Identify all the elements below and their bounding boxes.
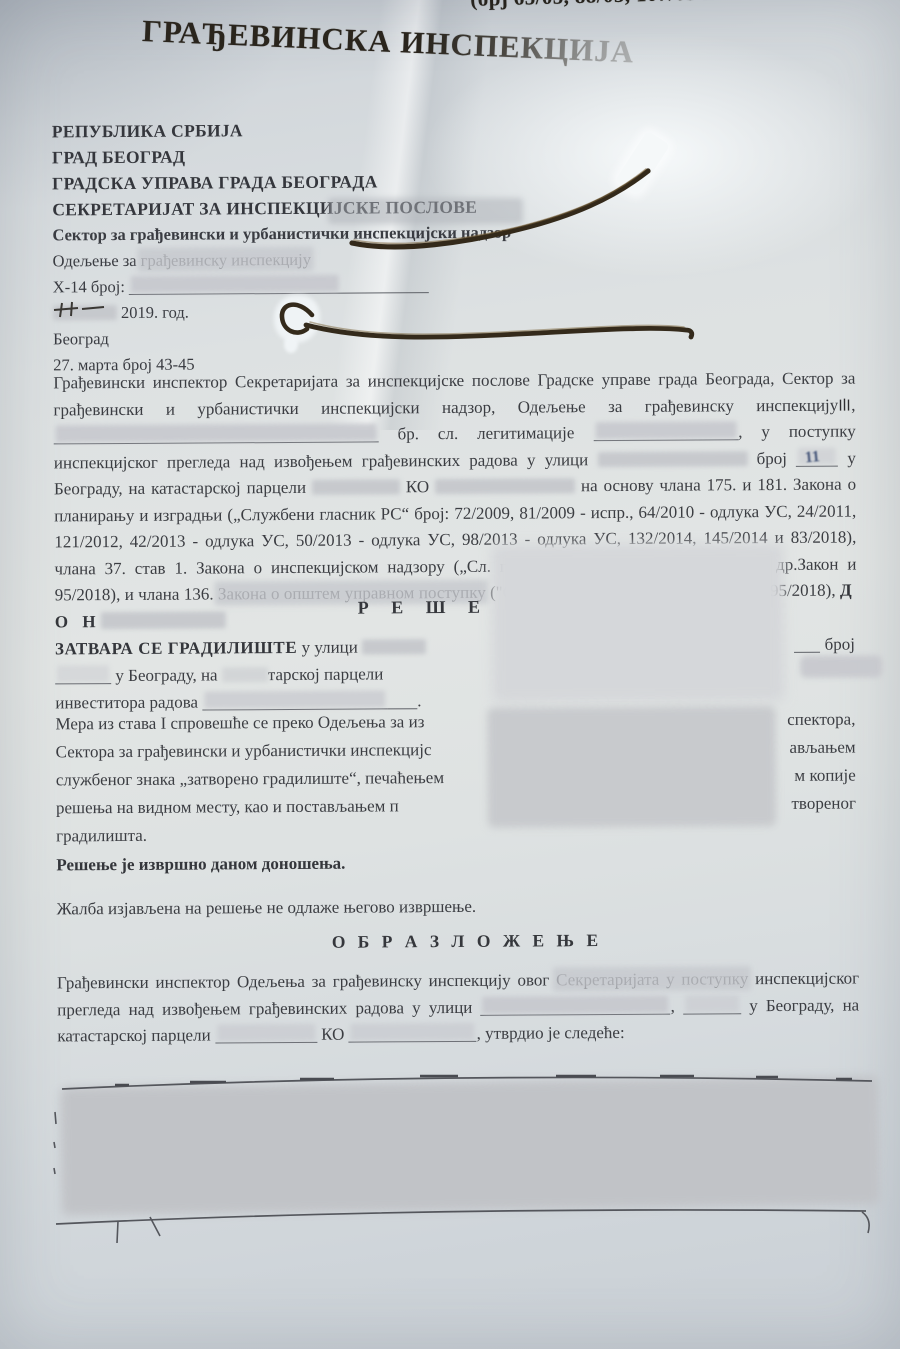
case-number-label: Х-14 број: [53, 277, 125, 296]
closure-order-right: број [794, 635, 855, 655]
mera-left: Сектора за грађевински и урбанистички ин… [56, 740, 432, 762]
scanned-document-page: (брј 65/05, 88/05, 107/05 и 72/09 ГРАЂЕВ… [0, 0, 900, 1349]
department-redacted: грађевинску инспекцију [141, 250, 311, 270]
closure-text: у улици [301, 638, 357, 657]
redaction-blur [480, 997, 670, 1015]
redaction-blur [55, 667, 111, 684]
redaction-blur [215, 1026, 317, 1044]
date-suffix: 2019. год. [121, 303, 189, 322]
letterhead-line-department: Одељење за грађевинску инспекцију [53, 246, 512, 275]
closure-order-left: ЗАТВАРА СЕ ГРАДИЛИШТЕ у улици [55, 637, 426, 659]
department-prefix: Одељење за [53, 251, 141, 271]
redaction-blur [202, 692, 387, 710]
findings-text: , утврдио је следеће: [477, 1023, 625, 1043]
mera-left: градилишта. [56, 826, 147, 847]
mera-right: твореног [791, 794, 856, 814]
closure-order-left: инвеститора радова . [55, 691, 421, 713]
bottom-redaction-block [60, 1076, 880, 1215]
intro-text: , [851, 395, 855, 414]
redaction-blur [435, 478, 575, 494]
handwritten-number: 11 [804, 444, 822, 472]
closure-order-bold: ЗАТВАРА СЕ ГРАДИЛИШТЕ [55, 638, 297, 658]
intro-text: број [757, 448, 787, 467]
redaction-blur [100, 611, 225, 629]
redaction-blur [222, 667, 268, 682]
closure-text: тарској парцели [268, 664, 384, 684]
redaction-line [387, 692, 417, 709]
mera-right: спектора, [787, 710, 855, 730]
redaction-blur [54, 425, 379, 444]
date-redaction [53, 305, 117, 320]
redaction-blur [349, 1025, 477, 1043]
mera-right: м копије [794, 766, 855, 786]
closure-order-left: у Београду, на тарској парцели [55, 664, 383, 686]
mera-left: службеног знака „затворено градилиште“, … [56, 768, 444, 790]
redaction-blur [683, 997, 741, 1014]
resenje-heading: Р Е Ш Е [358, 597, 489, 619]
findings-text-halfblurred: Секретаријата у поступку [556, 969, 748, 989]
handwritten-mark [838, 397, 851, 412]
case-number-redaction [129, 276, 429, 295]
redaction-blur [593, 423, 738, 441]
redaction-line [794, 636, 820, 653]
letterhead-line: ГРАДСКА УПРАВА ГРАДА БЕОГРАДА [52, 168, 511, 197]
closure-text: инвеститора радова [55, 693, 198, 713]
intro-text: Грађевински инспектор Секретаријата за и… [53, 369, 855, 419]
redaction-blur [362, 639, 426, 654]
appeal-note: Жалба изјављена на решење не одлаже њего… [57, 897, 477, 920]
intro-text: бр. сл. легитимације [398, 423, 575, 443]
letterhead: РЕПУБЛИКА СРБИЈА ГРАД БЕОГРАД ГРАДСКА УП… [52, 116, 512, 379]
torn-paper-patch [284, 336, 298, 353]
letterhead-line: ГРАД БЕОГРАД [52, 142, 511, 171]
findings-paragraph: Грађевински инспектор Одељења за грађеви… [57, 966, 859, 1050]
enforceability-note: Решење је извршно даном доношења. [56, 854, 345, 876]
mera-left: Мера из става I спровешће се преко Одеље… [55, 712, 424, 734]
closure-text: у Београду, на [115, 665, 217, 685]
redaction-blur [312, 479, 400, 495]
mera-left: решења на видном месту, као и постављање… [56, 796, 399, 818]
ink-smudge [328, 198, 523, 224]
findings-text: Грађевински инспектор Одељења за грађеви… [57, 970, 549, 992]
redaction-blur [597, 451, 747, 467]
mera-row: градилишта. [56, 822, 856, 847]
letterhead-line: РЕПУБЛИКА СРБИЈА [52, 116, 511, 145]
case-number-line: Х-14 број: [53, 272, 512, 301]
intro-text: КО [406, 477, 429, 496]
findings-text: КО [321, 1025, 344, 1044]
closure-text: број [825, 635, 855, 654]
redaction-blur: 11 [796, 449, 838, 466]
obrazlozenje-heading: О Б Р А З Л О Ж Е Њ Е [332, 930, 602, 953]
mera-right: ављањем [789, 738, 855, 758]
